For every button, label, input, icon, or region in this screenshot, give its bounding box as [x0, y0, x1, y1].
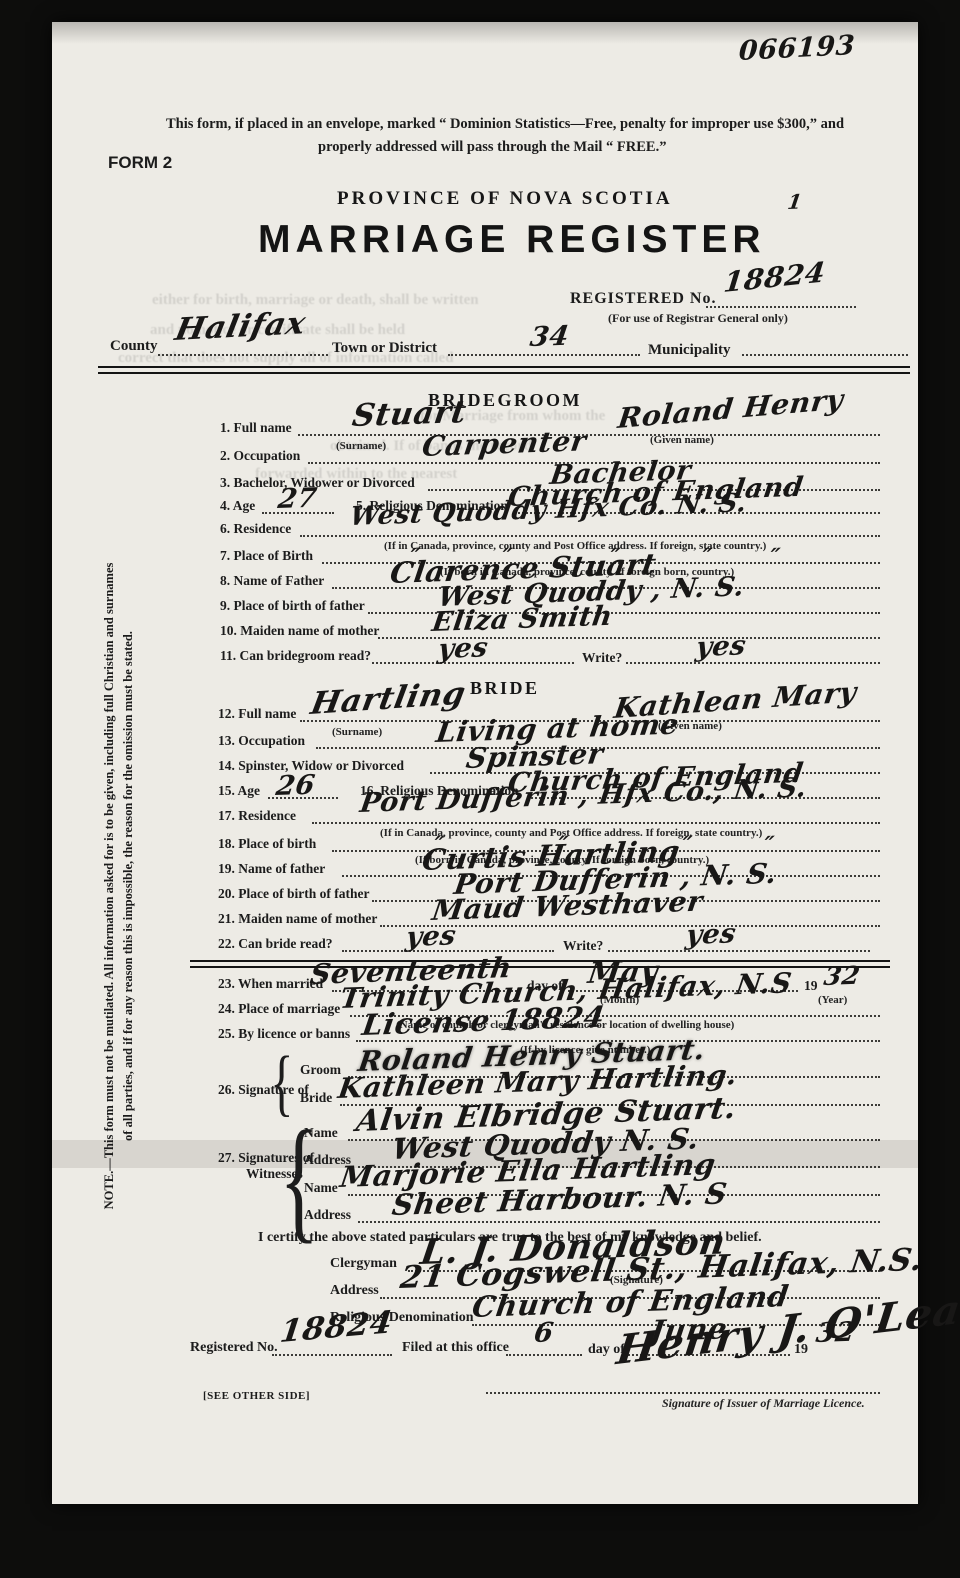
field-label-full-name: 1. Full name: [220, 420, 292, 436]
see-other-side-note: [SEE OTHER SIDE]: [203, 1390, 310, 1402]
clergyman-address-label: Address: [330, 1283, 379, 1299]
field-label-can-read: 11. Can bridegroom read?: [220, 648, 371, 664]
groom-occupation: Carpenter: [420, 424, 589, 463]
clergyman-label: Clergyman: [330, 1256, 397, 1272]
field-label-residence: 17. Residence: [218, 808, 296, 824]
field-label-father-birthplace: 20. Place of birth of father: [218, 886, 369, 902]
document-title: MARRIAGE REGISTER: [258, 218, 766, 262]
field-label-can-read: 22. Can bride read?: [218, 936, 333, 952]
film-number-handwriting: 066193: [738, 30, 856, 67]
groom-signature-label: Groom: [300, 1062, 341, 1078]
town-district-value: 34: [528, 321, 571, 353]
field-label-age: 15. Age: [218, 783, 260, 799]
field-label-mother: 21. Maiden name of mother: [218, 911, 377, 927]
marriage-year-handwriting: 32: [822, 961, 862, 991]
form-number: FORM 2: [108, 153, 172, 173]
bride-can-read: yes: [404, 920, 458, 953]
registrar-caption: (For use of Registrar General only): [608, 311, 788, 326]
write-label: Write?: [563, 938, 603, 954]
field-label-signature-of: 26. Signature of: [218, 1082, 309, 1098]
write-label: Write?: [582, 650, 622, 666]
surname-caption: (Surname): [332, 726, 382, 738]
witness2-name-label: Name: [304, 1180, 338, 1196]
field-label-place-of-marriage: 24. Place of marriage: [218, 1001, 340, 1017]
field-label-father: 8. Name of Father: [220, 573, 324, 589]
bride-heading: BRIDE: [470, 678, 540, 699]
surname-caption: (Surname): [336, 440, 386, 452]
groom-can-write: yes: [694, 630, 748, 663]
given-name-caption: (Given name): [650, 434, 714, 446]
groom-age: 27: [276, 483, 319, 515]
field-label-full-name: 12. Full name: [218, 706, 296, 722]
province-heading: PROVINCE OF NOVA SCOTIA: [337, 188, 673, 210]
field-label-father-birthplace: 9. Place of birth of father: [220, 598, 365, 614]
filed-registered-label: Registered No.: [190, 1340, 278, 1356]
year-prefix: 19: [804, 978, 818, 994]
scanned-marriage-register: either for birth, marriage or death, sha…: [0, 0, 960, 1578]
municipality-label: Municipality: [648, 342, 731, 359]
field-label-occupation: 13. Occupation: [218, 733, 305, 749]
envelope-notice-line1: This form, if placed in an envelope, mar…: [166, 116, 844, 133]
bride-age: 26: [274, 770, 317, 802]
groom-surname: Stuart: [350, 394, 469, 434]
witness2-address-label: Address: [304, 1207, 351, 1223]
ghost-text: either for birth, marriage or death, sha…: [152, 292, 479, 309]
field-label-residence: 6. Residence: [220, 521, 291, 537]
field-label-licence: 25. By licence or banns: [218, 1026, 350, 1042]
year-caption: (Year): [818, 994, 847, 1006]
field-label-mother: 10. Maiden name of mother: [220, 623, 379, 639]
field-label-age: 4. Age: [220, 498, 255, 514]
issuer-caption: Signature of Issuer of Marriage Licence.: [662, 1396, 865, 1411]
bride-can-write: yes: [684, 918, 738, 951]
field-label-father: 19. Name of father: [218, 861, 325, 877]
field-label-birthplace: 18. Place of birth: [218, 836, 316, 852]
groom-can-read: yes: [436, 632, 490, 665]
county-label: County: [110, 338, 158, 355]
town-district-label: Town or District: [332, 340, 437, 357]
registered-no-label: REGISTERED No.: [570, 290, 716, 308]
county-value: Halifax: [172, 305, 309, 348]
witness1-name-label: Name: [304, 1125, 338, 1141]
margin-note: NOTE.—This form must not be mutilated. A…: [100, 560, 158, 1212]
envelope-notice-line2: properly addressed will pass through the…: [318, 139, 666, 156]
section-divider: [98, 366, 910, 374]
field-label-birthplace: 7. Place of Birth: [220, 548, 313, 564]
filed-label: Filed at this office: [402, 1340, 509, 1356]
field-label-occupation: 2. Occupation: [220, 448, 300, 464]
